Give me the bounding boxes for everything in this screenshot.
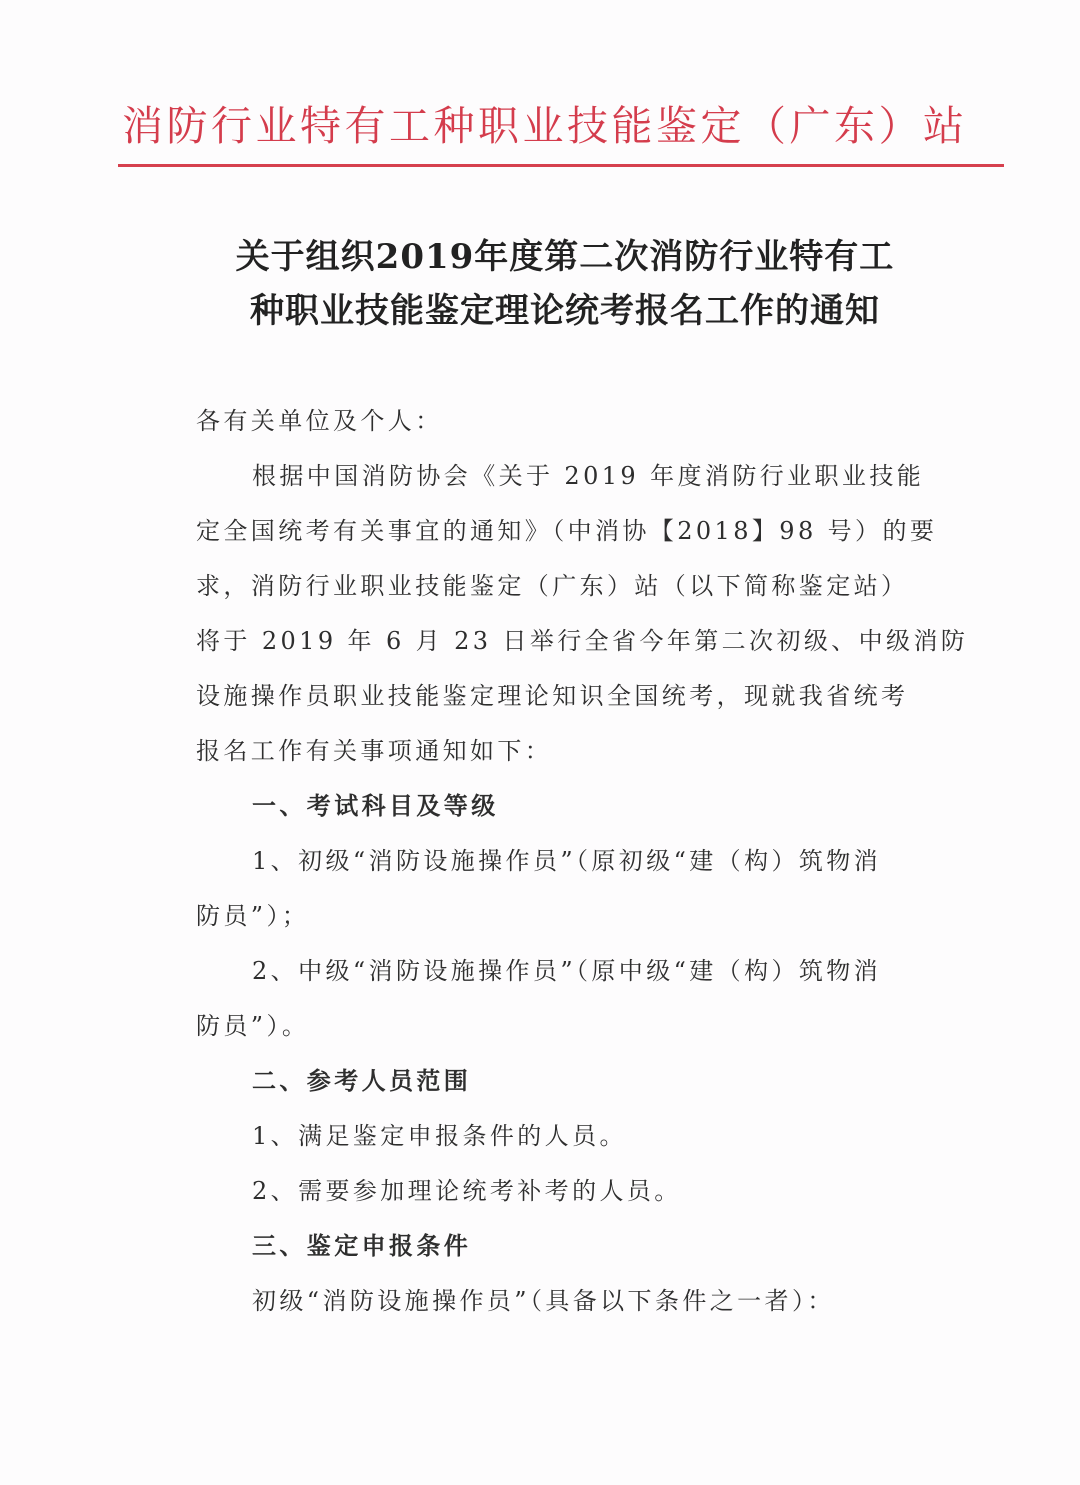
- list-item: 1、满足鉴定申报条件的人员。: [252, 1121, 627, 1151]
- intro-line: 根据中国消防协会《关于 2019 年度消防行业职业技能: [252, 461, 924, 491]
- intro-line: 定全国统考有关事宜的通知》（中消协【2018】98 号）的要: [196, 516, 937, 546]
- letterhead-divider: [118, 164, 1004, 167]
- organization-letterhead: 消防行业特有工种职业技能鉴定（广东）站: [122, 100, 992, 152]
- list-item: 1、初级“消防设施操作员”（原初级“建（构）筑物消: [252, 846, 881, 876]
- document-title-line-1: 关于组织2019年度第二次消防行业特有工: [195, 237, 935, 277]
- intro-line: 将于 2019 年 6 月 23 日举行全省今年第二次初级、中级消防: [196, 626, 968, 656]
- list-item: 2、需要参加理论统考补考的人员。: [252, 1176, 682, 1206]
- document-title-line-2: 种职业技能鉴定理论统考报名工作的通知: [195, 291, 935, 331]
- section-heading-exam-subjects: 一、考试科目及等级: [252, 791, 499, 821]
- list-item: 2、中级“消防设施操作员”（原中级“建（构）筑物消: [252, 956, 881, 986]
- section-heading-application-conditions: 三、鉴定申报条件: [252, 1231, 471, 1261]
- intro-line: 报名工作有关事项通知如下：: [196, 736, 552, 766]
- salutation: 各有关单位及个人：: [196, 406, 443, 436]
- intro-line: 求，消防行业职业技能鉴定（广东）站（以下简称鉴定站）: [196, 571, 908, 601]
- list-item-continuation: 防员”）。: [196, 1011, 309, 1041]
- list-item-continuation: 防员”）；: [196, 901, 309, 931]
- intro-line: 设施操作员职业技能鉴定理论知识全国统考，现就我省统考: [196, 681, 908, 711]
- section-heading-eligible-persons: 二、参考人员范围: [252, 1066, 471, 1096]
- subsection-text: 初级“消防设施操作员”（具备以下条件之一者）：: [252, 1286, 835, 1316]
